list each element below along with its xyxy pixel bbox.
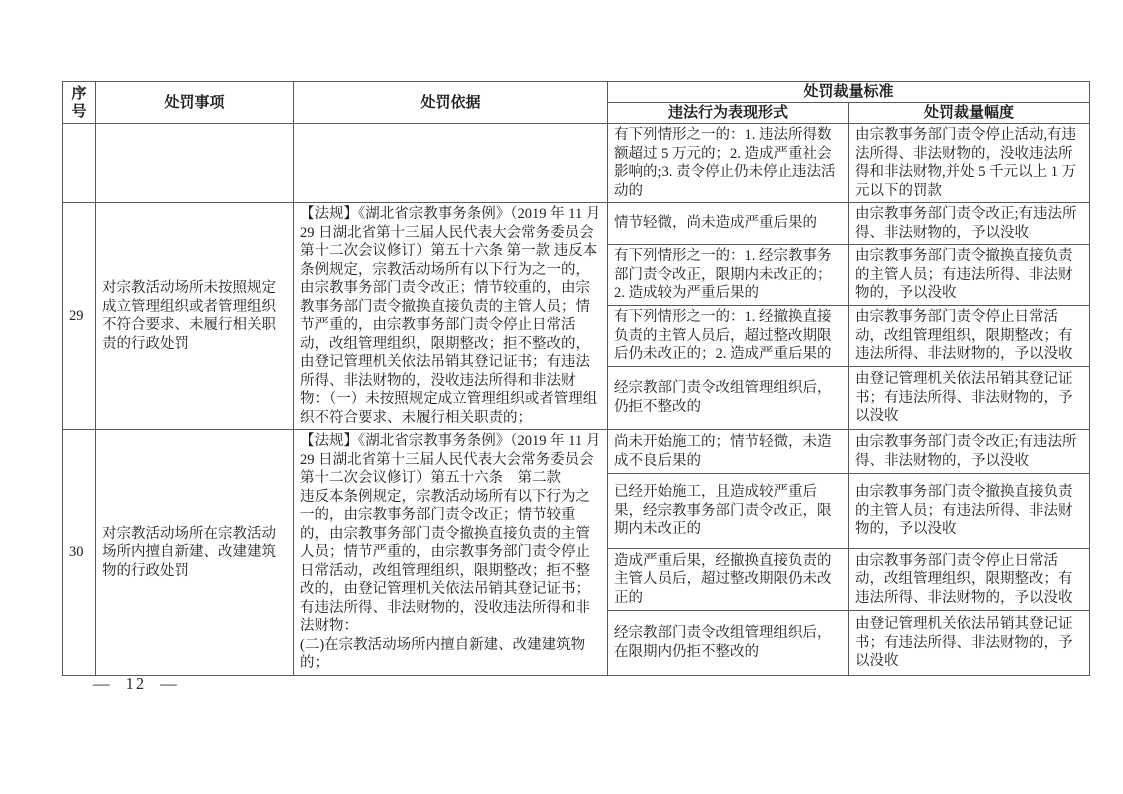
index-cell: 29 bbox=[63, 203, 96, 430]
table-row-entry-30-sub-1: 30 对宗教活动场所在宗教活动场所内擅自新建、改建建筑物的行政处罚 【法规】《湖… bbox=[63, 430, 1090, 474]
penalty-range-cell: 由宗教事务部门责令撤换直接负责的主管人员；有违法所得、非法财物的，予以没收 bbox=[849, 474, 1090, 548]
penalty-range-cell: 由宗教事务部门责令停止活动,有违法所得、非法财物的，没收违法所得和非法财物,并处… bbox=[849, 124, 1090, 203]
matter-cell: 对宗教活动场所未按照规定成立管理组织或者管理组织不符合要求、未履行相关职责的行政… bbox=[96, 203, 294, 430]
penalty-range-cell: 由宗教事务部门责令改正;有违法所得、非法财物的，予以没收 bbox=[849, 430, 1090, 474]
violation-form-cell: 经宗教部门责令改组管理组织后，仍拒不整改的 bbox=[608, 366, 849, 429]
basis-cell bbox=[294, 124, 608, 203]
table-header-row-1: 序号 处罚事项 处罚依据 处罚裁量标准 bbox=[63, 82, 1090, 103]
header-penalty-range: 处罚裁量幅度 bbox=[849, 103, 1090, 124]
matter-cell: 对宗教活动场所在宗教活动场所内擅自新建、改建建筑物的行政处罚 bbox=[96, 430, 294, 676]
table-row-continuation: 有下列情形之一的：1. 违法所得数额超过 5 万元的；2. 造成严重社会影响的;… bbox=[63, 124, 1090, 203]
header-violation-form: 违法行为表现形式 bbox=[608, 103, 849, 124]
basis-cell: 【法规】《湖北省宗教事务条例》（2019 年 11 月 29 日湖北省第十三届人… bbox=[294, 203, 608, 430]
table-row-entry-29-sub-1: 29 对宗教活动场所未按照规定成立管理组织或者管理组织不符合要求、未履行相关职责… bbox=[63, 203, 1090, 245]
violation-form-cell: 经宗教部门责令改组管理组织后，在限期内仍拒不整改的 bbox=[608, 611, 849, 675]
basis-cell: 【法规】《湖北省宗教事务条例》（2019 年 11 月 29 日湖北省第十三届人… bbox=[294, 430, 608, 676]
penalty-range-cell: 由宗教事务部门责令改正;有违法所得、非法财物的，予以没收 bbox=[849, 203, 1090, 245]
header-index: 序号 bbox=[63, 82, 96, 124]
matter-cell bbox=[96, 124, 294, 203]
header-standard-group: 处罚裁量标准 bbox=[608, 82, 1090, 103]
index-cell: 30 bbox=[63, 430, 96, 676]
header-matter: 处罚事项 bbox=[96, 82, 294, 124]
violation-form-cell: 情节轻微，尚未造成严重后果的 bbox=[608, 203, 849, 245]
penalty-standards-table: 序号 处罚事项 处罚依据 处罚裁量标准 违法行为表现形式 处罚裁量幅度 有下列情… bbox=[62, 81, 1090, 676]
violation-form-cell: 造成严重后果，经撤换直接负责的主管人员后，超过整改期限仍未改正的 bbox=[608, 548, 849, 611]
penalty-range-cell: 由宗教事务部门责令停止日常活动，改组管理组织，限期整改；有违法所得、非法财物的，… bbox=[849, 548, 1090, 611]
violation-form-cell: 有下列情形之一的：1. 经撤换直接负责的主管人员后，超过整改期限后仍未改正的；2… bbox=[608, 305, 849, 366]
page-number: — 12 — bbox=[93, 674, 179, 694]
penalty-range-cell: 由登记管理机关依法吊销其登记证书；有违法所得、非法财物的，予以没收 bbox=[849, 366, 1090, 429]
violation-form-cell: 有下列情形之一的：1. 违法所得数额超过 5 万元的；2. 造成严重社会影响的;… bbox=[608, 124, 849, 203]
header-basis: 处罚依据 bbox=[294, 82, 608, 124]
index-cell bbox=[63, 124, 96, 203]
violation-form-cell: 有下列情形之一的：1. 经宗教事务部门责令改正，限期内未改正的；2. 造成较为严… bbox=[608, 245, 849, 306]
penalty-range-cell: 由登记管理机关依法吊销其登记证书；有违法所得、非法财物的，予以没收 bbox=[849, 611, 1090, 675]
violation-form-cell: 尚未开始施工的；情节轻微，未造成不良后果的 bbox=[608, 430, 849, 474]
penalty-range-cell: 由宗教事务部门责令撤换直接负责的主管人员；有违法所得、非法财物的，予以没收 bbox=[849, 245, 1090, 306]
document-page: 序号 处罚事项 处罚依据 处罚裁量标准 违法行为表现形式 处罚裁量幅度 有下列情… bbox=[0, 0, 1123, 794]
penalty-range-cell: 由宗教事务部门责令停止日常活动，改组管理组织，限期整改；有违法所得、非法财物的，… bbox=[849, 305, 1090, 366]
violation-form-cell: 已经开始施工，且造成较严重后果，经宗教事务部门责令改正，限期内未改正的 bbox=[608, 474, 849, 548]
